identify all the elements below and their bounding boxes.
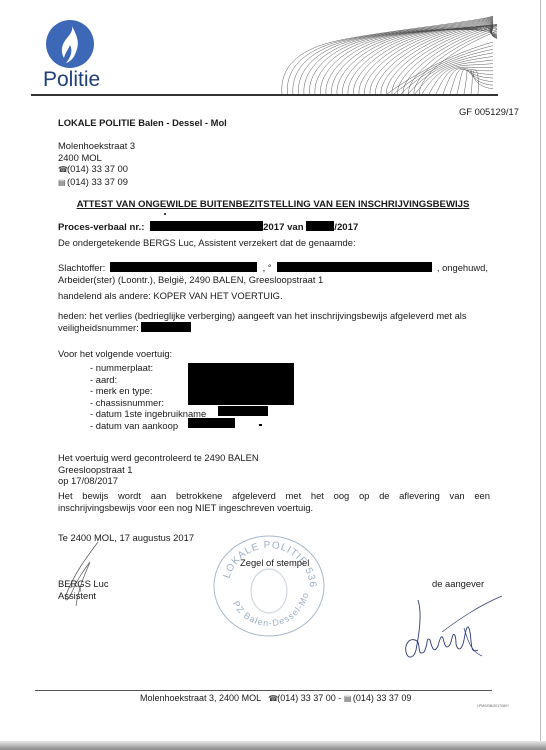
address-fax: ▤(014) 33 37 09 xyxy=(58,176,135,189)
pv-year: 2017 van xyxy=(263,222,304,233)
address-city: 2400 MOL xyxy=(58,152,135,164)
declarant-label: de aangever xyxy=(432,578,484,590)
scan-speck xyxy=(259,424,262,426)
footer-phone: (014) 33 37 00 - xyxy=(277,693,341,703)
officer-signature-block: BERGS Luc Assistent xyxy=(58,578,109,601)
logo-text: Politie xyxy=(43,68,100,92)
redacted-first-use-date xyxy=(218,406,268,416)
page-edge-right xyxy=(540,0,541,742)
victim-block: Slachtoffer: , ° , ongehuwd, Arbeider(st… xyxy=(58,262,488,285)
pv-date-suffix: /2017 xyxy=(334,222,358,233)
loss-statement: heden: het verlies (bedrieglijke verberg… xyxy=(58,310,488,333)
control-location: Het voertuig werd gecontroleerd te 2490 … xyxy=(58,452,259,487)
declarant-signature-icon xyxy=(398,592,508,664)
redacted-pv-number xyxy=(150,221,263,231)
address-street: Molenhoekstraat 3 xyxy=(58,140,135,152)
stamp-label: Zegel of stempel xyxy=(240,557,309,569)
acting-as-line: handelend als andere: KOPER VAN HET VOER… xyxy=(58,290,283,302)
document-title: ATTEST VAN ONGEWILDE BUITENBEZITSTELLING… xyxy=(58,199,488,210)
victim-label: Slachtoffer: xyxy=(58,262,105,274)
redacted-victim-birth xyxy=(277,262,432,272)
police-stamp-icon: LOKALE POLITIE 5365 PZ Balen-Dessel-Mol xyxy=(210,533,328,638)
footer-address: Molenhoekstraat 3, 2400 MOL xyxy=(140,693,261,703)
redacted-victim-name xyxy=(110,262,257,272)
footer-contact: Molenhoekstraat 3, 2400 MOL ☎(014) 33 37… xyxy=(140,693,411,705)
loss-line-2: veiligheidsnummer: xyxy=(58,322,139,333)
victim-sep: , ° xyxy=(263,262,272,274)
police-flame-logo-icon xyxy=(46,20,94,68)
officer-role: Assistent xyxy=(58,590,109,602)
loss-line-1: heden: het verlies (bedrieglijke verberg… xyxy=(58,310,488,322)
fax-icon: ▤ xyxy=(344,693,353,705)
footer-divider xyxy=(35,690,492,691)
guilloche-pattern-icon xyxy=(277,12,497,94)
purpose-line-2: inschrijvingsbewijs voor een nog NIET in… xyxy=(58,502,490,514)
redacted-security-number xyxy=(141,322,191,332)
pv-label: Proces-verbaal nr.: xyxy=(58,222,144,233)
purpose-line-1: Het bewijs wordt aan betrokkene afgeleve… xyxy=(58,490,490,502)
page-edge-bottom xyxy=(0,741,546,750)
victim-details: Arbeider(ster) (Loontr.), België, 2490 B… xyxy=(58,274,488,286)
telephone-icon: ☎ xyxy=(58,164,67,176)
scan-speck xyxy=(164,213,166,215)
organisation-name: LOKALE POLITIE Balen - Dessel - Mol xyxy=(58,117,227,129)
form-code: LPMS/DB/2017080? xyxy=(477,704,509,708)
officer-name: BERGS Luc xyxy=(58,578,109,590)
header-divider xyxy=(31,94,498,96)
redacted-vehicle-details xyxy=(188,363,294,405)
telephone-icon: ☎ xyxy=(268,693,277,705)
fax-icon: ▤ xyxy=(58,177,67,189)
victim-status: , ongehuwd, xyxy=(437,262,488,274)
certificate-purpose: Het bewijs wordt aan betrokkene afgeleve… xyxy=(58,490,490,513)
redacted-pv-date xyxy=(306,221,334,231)
declaration-line: De ondergetekende BERGS Luc, Assistent v… xyxy=(58,237,356,249)
proces-verbaal-line: Proces-verbaal nr.: 2017 van /2017 xyxy=(58,221,358,234)
sender-address: Molenhoekstraat 3 2400 MOL ☎(014) 33 37 … xyxy=(58,140,135,188)
redacted-purchase-date xyxy=(188,418,235,428)
address-phone: ☎(014) 33 37 00 xyxy=(58,163,135,176)
reference-number: GF 005129/17 xyxy=(459,106,519,118)
vehicle-intro: Voor het volgende voertuig: xyxy=(58,348,172,360)
footer-fax: (014) 33 37 09 xyxy=(353,693,412,703)
